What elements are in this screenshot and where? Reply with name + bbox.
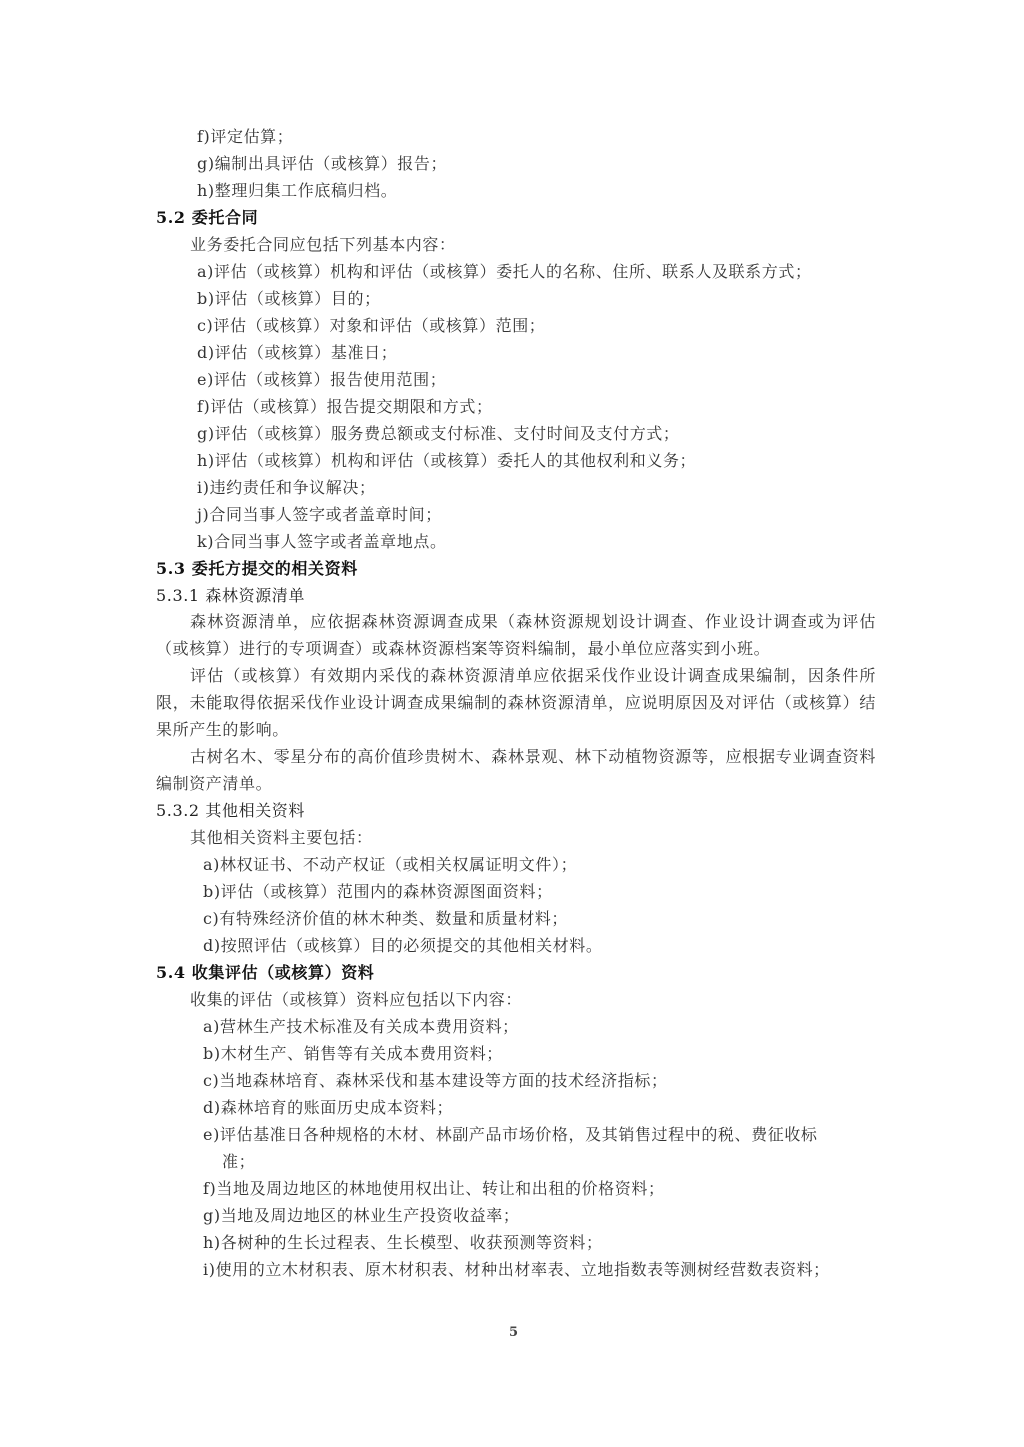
list-item: i)使用的立木材积表、原木材积表、材种出材率表、立地指数表等测树经营数表资料； [203, 1259, 830, 1281]
item-text: 评估（或核算）目的； [215, 289, 381, 308]
list-item: h)各树种的生长过程表、生长模型、收获预测等资料； [203, 1232, 603, 1254]
list-item: c)评估（或核算）对象和评估（或核算）范围； [197, 315, 545, 337]
item-text: 评估（或核算）对象和评估（或核算）范围； [213, 316, 545, 335]
list-item: e)评估（或核算）报告使用范围； [197, 369, 446, 391]
subsection-heading-5-3-1: 5.3.1 森林资源清单 [156, 585, 305, 607]
list-item: c)当地森林培育、森林采伐和基本建设等方面的技术经济指标； [203, 1070, 668, 1092]
item-label: i) [203, 1260, 216, 1279]
item-text: 木材生产、销售等有关成本费用资料； [221, 1044, 503, 1063]
item-label: b) [203, 882, 221, 901]
item-text: 评定估算； [210, 127, 293, 146]
subsection-heading-5-3-2: 5.3.2 其他相关资料 [156, 800, 305, 822]
item-label: h) [197, 181, 215, 200]
item-text: 当地森林培育、森林采伐和基本建设等方面的技术经济指标； [219, 1071, 667, 1090]
item-label: g) [197, 154, 215, 173]
section-heading-5-3: 5.3 委托方提交的相关资料 [156, 558, 358, 580]
section-intro: 其他相关资料主要包括： [190, 827, 373, 849]
item-label: a) [197, 262, 214, 281]
list-item: g)评估（或核算）服务费总额或支付标准、支付时间及支付方式； [197, 423, 680, 445]
list-item: f)当地及周边地区的林地使用权出让、转让和出租的价格资料； [203, 1178, 665, 1200]
list-item: c)有特殊经济价值的林木种类、数量和质量材料； [203, 908, 568, 930]
page-number: 5 [509, 1325, 518, 1340]
list-item: h)评估（或核算）机构和评估（或核算）委托人的其他权利和义务； [197, 450, 696, 472]
item-text: 评估（或核算）报告提交期限和方式； [210, 397, 492, 416]
list-item: a)营林生产技术标准及有关成本费用资料； [203, 1016, 519, 1038]
item-label: c) [203, 1071, 219, 1090]
section-intro: 业务委托合同应包括下列基本内容： [190, 234, 456, 256]
item-label: e) [203, 1125, 220, 1144]
item-label: k) [197, 532, 214, 551]
item-text: 评估（或核算）报告使用范围； [214, 370, 446, 389]
list-item: g)当地及周边地区的林业生产投资收益率； [203, 1205, 520, 1227]
list-item-continuation: 准； [222, 1151, 255, 1173]
list-item: b)木材生产、销售等有关成本费用资料； [203, 1043, 503, 1065]
item-text: 有特殊经济价值的林木种类、数量和质量材料； [219, 909, 568, 928]
item-text: 评估基准日各种规格的木材、林副产品市场价格，及其销售过程中的税、费征收标 [220, 1125, 818, 1144]
item-label: b) [203, 1044, 221, 1063]
item-label: i) [197, 478, 210, 497]
item-label: j) [197, 505, 209, 524]
item-text: 营林生产技术标准及有关成本费用资料； [220, 1017, 519, 1036]
list-item: f)评定估算； [197, 126, 293, 148]
item-text: 森林培育的账面历史成本资料； [221, 1098, 453, 1117]
item-label: a) [203, 1017, 220, 1036]
list-item: b)评估（或核算）范围内的森林资源图面资料； [203, 881, 553, 903]
item-label: c) [197, 316, 213, 335]
item-text: 评估（或核算）服务费总额或支付标准、支付时间及支付方式； [215, 424, 680, 443]
list-item: e)评估基准日各种规格的木材、林副产品市场价格，及其销售过程中的税、费征收标 [203, 1124, 818, 1146]
section-intro: 收集的评估（或核算）资料应包括以下内容： [190, 989, 522, 1011]
list-item: j)合同当事人签字或者盖章时间； [197, 504, 442, 526]
item-label: h) [203, 1233, 221, 1252]
item-text: 按照评估（或核算）目的必须提交的其他相关材料。 [221, 936, 603, 955]
item-text: 编制出具评估（或核算）报告； [215, 154, 447, 173]
list-item: f)评估（或核算）报告提交期限和方式； [197, 396, 493, 418]
list-item: g)编制出具评估（或核算）报告； [197, 153, 447, 175]
item-label: b) [197, 289, 215, 308]
item-label: d) [203, 1098, 221, 1117]
paragraph: 评估（或核算）有效期内采伐的森林资源清单应依据采伐作业设计调查成果编制，因条件所… [156, 662, 876, 743]
item-text: 整理归集工作底稿归档。 [215, 181, 398, 200]
item-label: d) [197, 343, 215, 362]
list-item: d)评估（或核算）基准日； [197, 342, 397, 364]
item-label: a) [203, 855, 220, 874]
section-heading-5-4: 5.4 收集评估（或核算）资料 [156, 962, 374, 984]
list-item: d)森林培育的账面历史成本资料； [203, 1097, 453, 1119]
item-label: c) [203, 909, 219, 928]
list-item: b)评估（或核算）目的； [197, 288, 381, 310]
paragraph: 古树名木、零星分布的高价值珍贵树木、森林景观、林下动植物资源等，应根据专业调查资… [156, 743, 876, 797]
list-item: d)按照评估（或核算）目的必须提交的其他相关材料。 [203, 935, 603, 957]
list-item: k)合同当事人签字或者盖章地点。 [197, 531, 447, 553]
item-text: 违约责任和争议解决； [210, 478, 376, 497]
item-text: 评估（或核算）机构和评估（或核算）委托人的其他权利和义务； [215, 451, 696, 470]
item-text: 评估（或核算）机构和评估（或核算）委托人的名称、住所、联系人及联系方式； [214, 262, 812, 281]
list-item: a)评估（或核算）机构和评估（或核算）委托人的名称、住所、联系人及联系方式； [197, 261, 812, 283]
item-text: 各树种的生长过程表、生长模型、收获预测等资料； [221, 1233, 603, 1252]
item-label: f) [197, 397, 210, 416]
item-label: e) [197, 370, 214, 389]
item-label: f) [203, 1179, 216, 1198]
section-heading-5-2: 5.2 委托合同 [156, 207, 258, 229]
item-text: 合同当事人签字或者盖章时间； [209, 505, 441, 524]
item-label: g) [197, 424, 215, 443]
item-text: 评估（或核算）范围内的森林资源图面资料； [221, 882, 553, 901]
item-text: 林权证书、不动产权证（或相关权属证明文件）； [220, 855, 577, 874]
item-label: g) [203, 1206, 221, 1225]
list-item: i)违约责任和争议解决； [197, 477, 376, 499]
document-page: f)评定估算； g)编制出具评估（或核算）报告； h)整理归集工作底稿归档。 5… [0, 0, 1024, 1447]
list-item: a)林权证书、不动产权证（或相关权属证明文件）； [203, 854, 577, 876]
paragraph: 森林资源清单，应依据森林资源调查成果（森林资源规划设计调查、作业设计调查或为评估… [156, 608, 876, 662]
item-text: 当地及周边地区的林地使用权出让、转让和出租的价格资料； [216, 1179, 664, 1198]
item-label: f) [197, 127, 210, 146]
item-text: 合同当事人签字或者盖章地点。 [214, 532, 446, 551]
item-text: 评估（或核算）基准日； [215, 343, 398, 362]
list-item: h)整理归集工作底稿归档。 [197, 180, 397, 202]
item-text: 当地及周边地区的林业生产投资收益率； [221, 1206, 520, 1225]
item-text: 使用的立木材积表、原木材积表、材种出材率表、立地指数表等测树经营数表资料； [216, 1260, 830, 1279]
item-label: h) [197, 451, 215, 470]
item-label: d) [203, 936, 221, 955]
